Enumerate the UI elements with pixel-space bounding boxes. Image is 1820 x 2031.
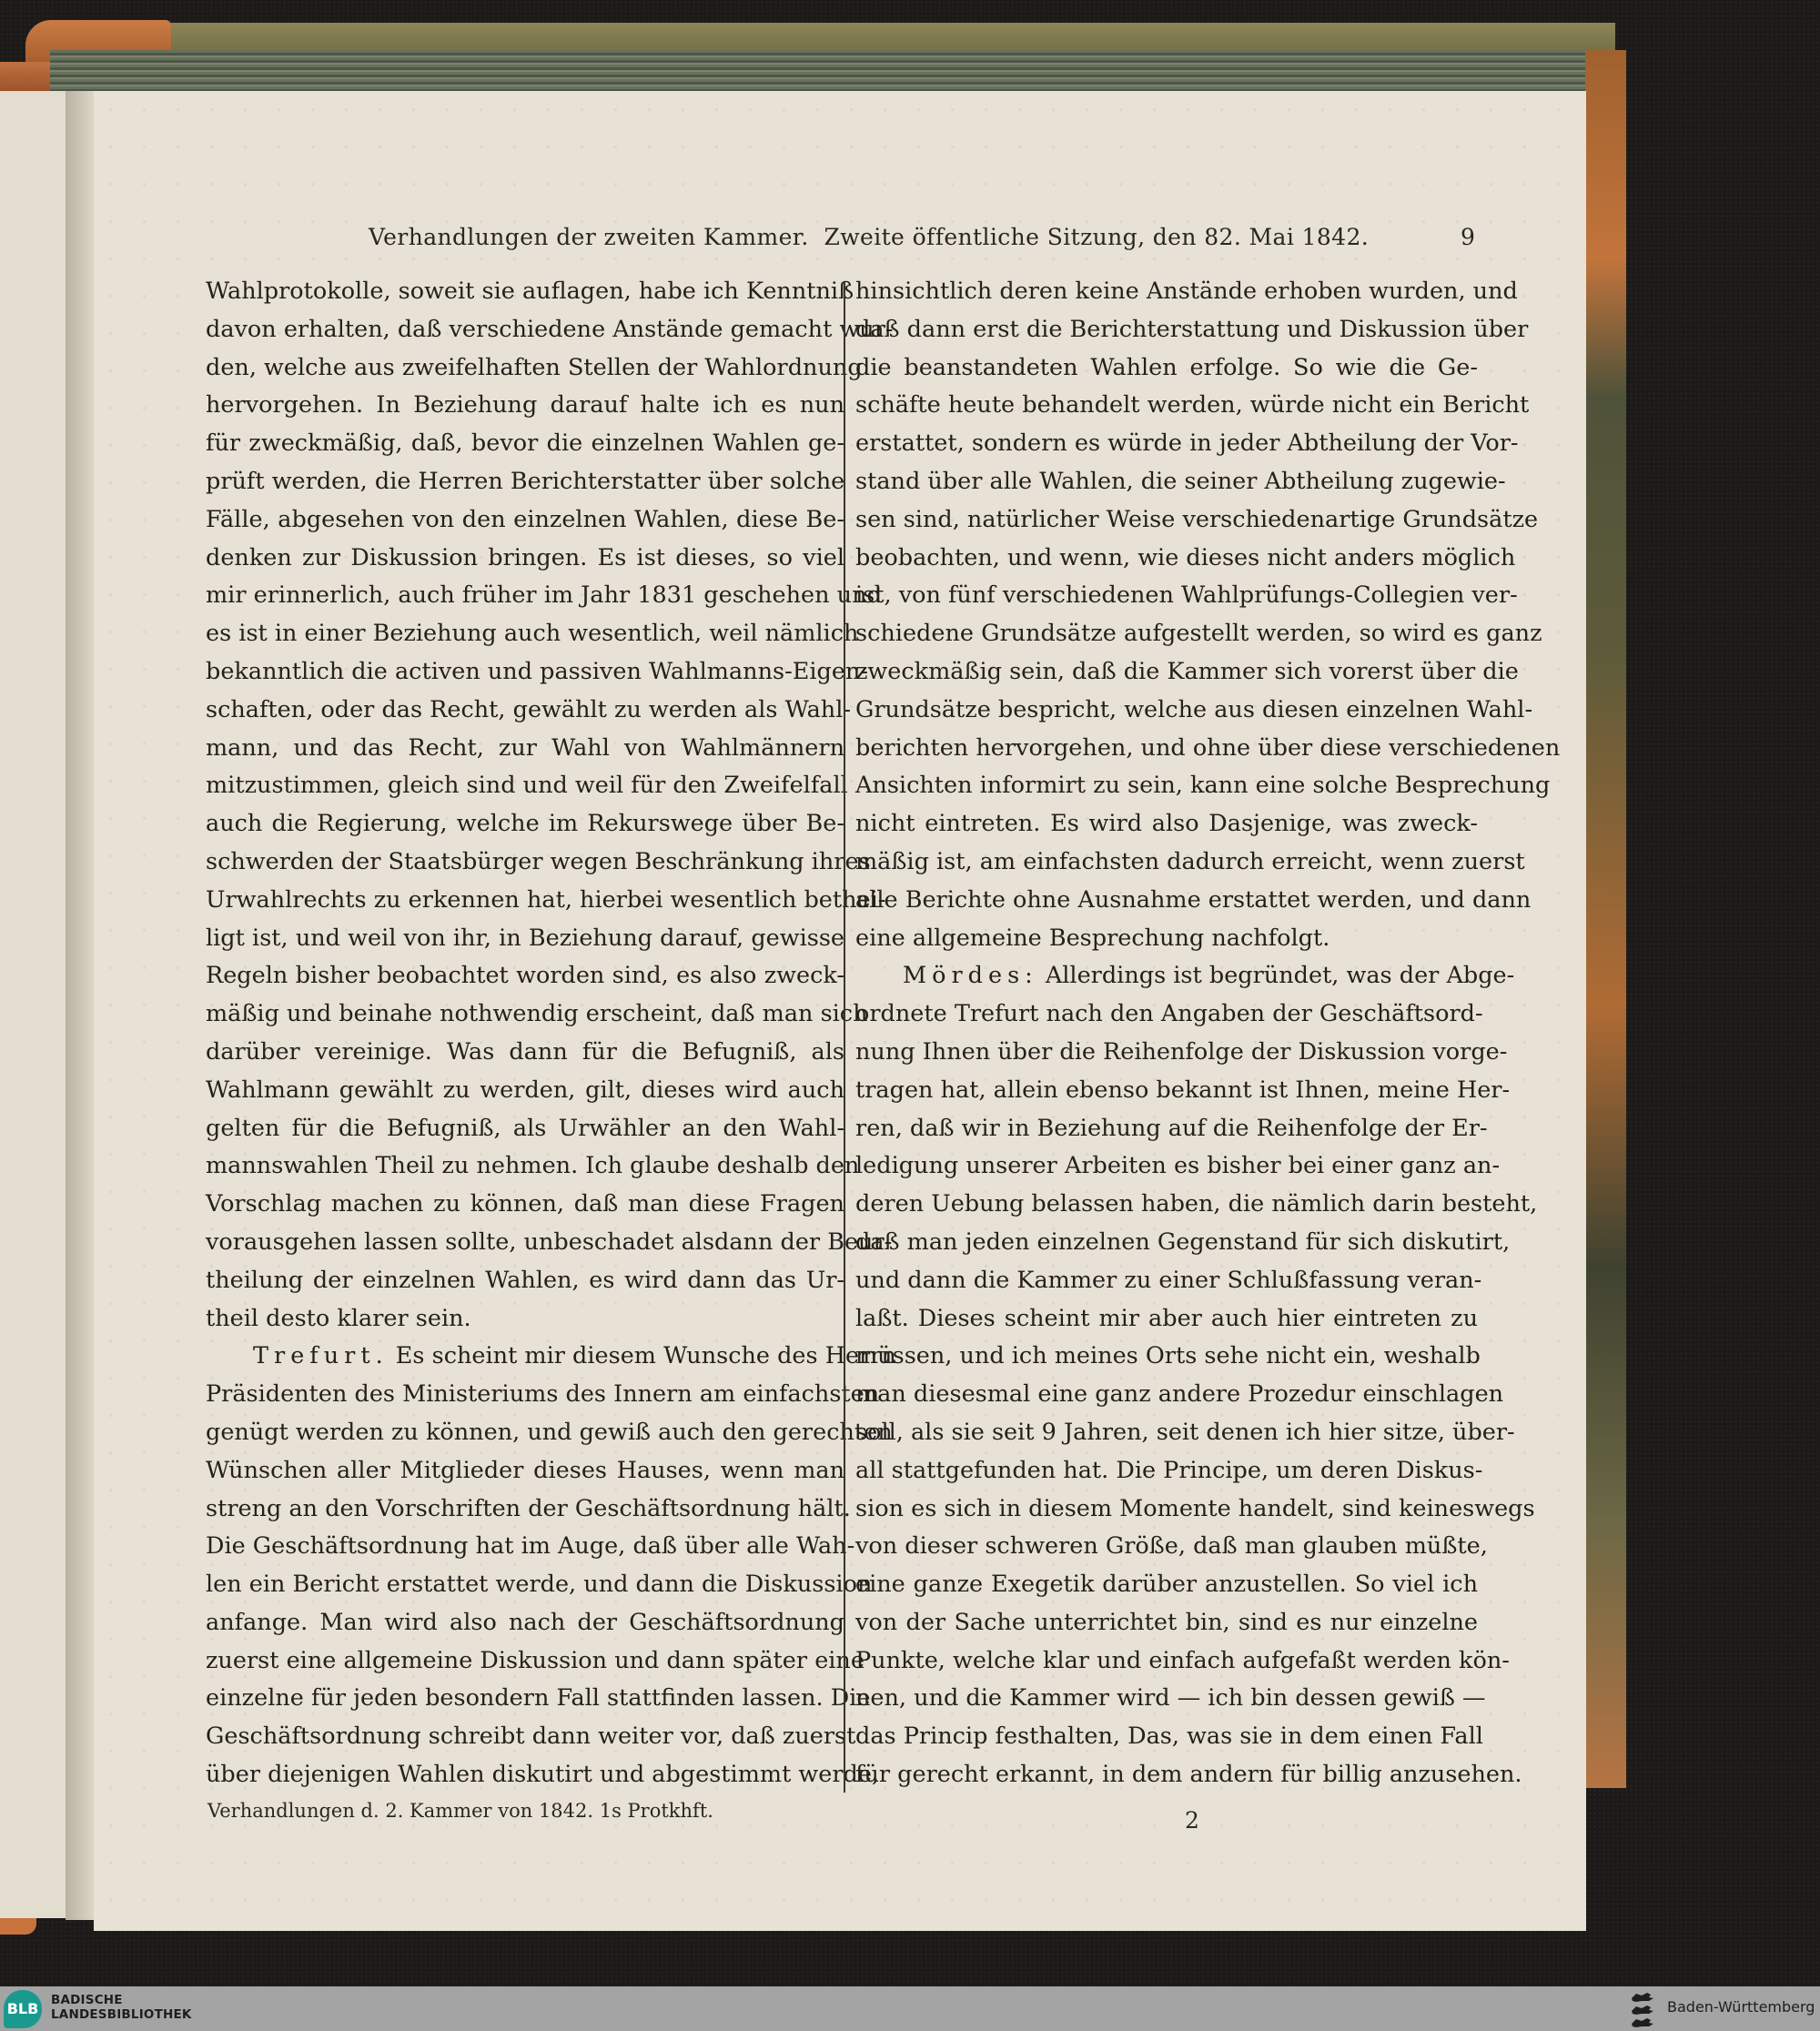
text-line: Präsidenten des Ministeriums des Innern … bbox=[206, 1376, 844, 1414]
text-line: ordnete Trefurt nach den Angaben der Ges… bbox=[855, 995, 1478, 1034]
text-line: schäfte heute behandelt werden, würde ni… bbox=[855, 387, 1478, 425]
text-line: prüft werden, die Herren Berichterstatte… bbox=[206, 463, 844, 501]
speaker-name: Mördes: bbox=[903, 962, 1038, 989]
text-line: für zweckmäßig, daß, bevor die einzelnen… bbox=[206, 425, 844, 463]
left-column: Wahlprotokolle, soweit sie auflagen, hab… bbox=[206, 273, 844, 1794]
text-line: len ein Bericht erstattet werde, und dan… bbox=[206, 1566, 844, 1604]
text-line: mann, und das Recht, zur Wahl von Wahlmä… bbox=[206, 730, 844, 768]
speaker-name: Trefurt. bbox=[253, 1342, 389, 1369]
text-line: beobachten, und wenn, wie dieses nicht a… bbox=[855, 540, 1478, 578]
text-line: schiedene Grundsätze aufgestellt werden,… bbox=[855, 615, 1478, 653]
blb-logo-line1: BADISCHE bbox=[51, 1993, 192, 2007]
text-line: Wahlmann gewählt zu werden, gilt, dieses… bbox=[206, 1072, 844, 1110]
text-line: Punkte, welche klar und einfach aufgefaß… bbox=[855, 1642, 1478, 1681]
text-line: Urwahlrechts zu erkennen hat, hierbei we… bbox=[206, 882, 844, 920]
text-line: alle Berichte ohne Ausnahme erstattet we… bbox=[855, 882, 1478, 920]
text-line: Die Geschäftsordnung hat im Auge, daß üb… bbox=[206, 1528, 844, 1566]
text-line: ledigung unserer Arbeiten es bisher bei … bbox=[855, 1147, 1478, 1186]
running-header: Verhandlungen der zweiten Kammer. Zweite… bbox=[369, 224, 1506, 260]
text-line: eine allgemeine Besprechung nachfolgt. bbox=[855, 920, 1478, 958]
text-line: stand über alle Wahlen, die seiner Abthe… bbox=[855, 463, 1478, 501]
text-line-content: Allerdings ist begründet, was der Abge- bbox=[1038, 962, 1514, 989]
text-line: nicht eintreten. Es wird also Dasjenige,… bbox=[855, 805, 1478, 844]
text-line: ren, daß wir in Beziehung auf die Reihen… bbox=[855, 1110, 1478, 1148]
text-line: und dann die Kammer zu einer Schlußfassu… bbox=[855, 1262, 1478, 1300]
text-line: genügt werden zu können, und gewiß auch … bbox=[206, 1414, 844, 1452]
baden-wuerttemberg-logo-text[interactable]: Baden-Württemberg bbox=[1667, 1998, 1815, 2016]
blb-logo-badge[interactable]: BLB bbox=[4, 1990, 42, 2028]
text-line: man diesesmal eine ganz andere Prozedur … bbox=[855, 1376, 1478, 1414]
text-line: laßt. Dieses scheint mir aber auch hier … bbox=[855, 1300, 1478, 1339]
text-line: einzelne für jeden besondern Fall stattf… bbox=[206, 1680, 844, 1718]
blb-logo-text[interactable]: BADISCHE LANDESBIBLIOTHEK bbox=[51, 1993, 192, 2022]
text-line: Fälle, abgesehen von den einzelnen Wahle… bbox=[206, 501, 844, 540]
gutter-shadow bbox=[66, 91, 95, 1920]
text-line: zweckmäßig sein, daß die Kammer sich vor… bbox=[855, 653, 1478, 692]
text-line: mir erinnerlich, auch früher im Jahr 183… bbox=[206, 577, 844, 615]
text-line: Wahlprotokolle, soweit sie auflagen, hab… bbox=[206, 273, 844, 311]
text-line: auch die Regierung, welche im Rekurswege… bbox=[206, 805, 844, 844]
left-page-sliver bbox=[0, 91, 67, 1918]
text-line: daß dann erst die Berichterstattung und … bbox=[855, 311, 1478, 349]
text-line: mannswahlen Theil zu nehmen. Ich glaube … bbox=[206, 1147, 844, 1186]
text-line: schwerden der Staatsbürger wegen Beschrä… bbox=[206, 844, 844, 882]
blb-logo-line2: LANDESBIBLIOTHEK bbox=[51, 2007, 192, 2022]
text-line: davon erhalten, daß verschiedene Anständ… bbox=[206, 311, 844, 349]
text-line: müssen, und ich meines Orts sehe nicht e… bbox=[855, 1338, 1478, 1376]
text-line: die beanstandeten Wahlen erfolge. So wie… bbox=[855, 349, 1478, 388]
book-cover-left-corner bbox=[0, 62, 55, 93]
text-line: mitzustimmen, gleich sind und weil für d… bbox=[206, 767, 844, 805]
text-line-content: Es scheint mir diesem Wunsche des Herrn bbox=[389, 1342, 896, 1369]
text-line: Mördes: Allerdings ist begründet, was de… bbox=[855, 957, 1478, 995]
book-cover-right-edge bbox=[1585, 50, 1626, 1788]
text-line: sen sind, natürlicher Weise verschiedena… bbox=[855, 501, 1478, 540]
three-lions-icon bbox=[1629, 1990, 1656, 2028]
text-line: Ansichten informirt zu sein, kann eine s… bbox=[855, 767, 1478, 805]
text-line: erstattet, sondern es würde in jeder Abt… bbox=[855, 425, 1478, 463]
text-line: von der Sache unterrichtet bin, sind es … bbox=[855, 1604, 1478, 1642]
text-line: von dieser schweren Größe, daß man glaub… bbox=[855, 1528, 1478, 1566]
text-line: Trefurt. Es scheint mir diesem Wunsche d… bbox=[206, 1338, 844, 1376]
text-line: daß man jeden einzelnen Gegenstand für s… bbox=[855, 1224, 1478, 1262]
text-line: all stattgefunden hat. Die Principe, um … bbox=[855, 1452, 1478, 1490]
footer-bar: BLB BADISCHE LANDESBIBLIOTHEK Baden-Würt… bbox=[0, 1986, 1820, 2031]
text-line: mäßig und beinahe nothwendig erscheint, … bbox=[206, 995, 844, 1034]
text-line: den, welche aus zweifelhaften Stellen de… bbox=[206, 349, 844, 388]
text-line: gelten für die Befugniß, als Urwähler an… bbox=[206, 1110, 844, 1148]
right-column: hinsichtlich deren keine Anstände erhobe… bbox=[855, 273, 1478, 1794]
column-divider bbox=[844, 282, 845, 1793]
text-line: soll, als sie seit 9 Jahren, seit denen … bbox=[855, 1414, 1478, 1452]
text-line: bekanntlich die activen und passiven Wah… bbox=[206, 653, 844, 692]
text-line: zuerst eine allgemeine Diskussion und da… bbox=[206, 1642, 844, 1681]
text-line: denken zur Diskussion bringen. Es ist di… bbox=[206, 540, 844, 578]
text-line: ligt ist, und weil von ihr, in Beziehung… bbox=[206, 920, 844, 958]
text-line: tragen hat, allein ebenso bekannt ist Ih… bbox=[855, 1072, 1478, 1110]
footnote: Verhandlungen d. 2. Kammer von 1842. 1s … bbox=[207, 1800, 713, 1822]
text-line: streng an den Vorschriften der Geschäfts… bbox=[206, 1490, 844, 1529]
text-line: eine ganze Exegetik darüber anzustellen.… bbox=[855, 1566, 1478, 1604]
text-line: Geschäftsordnung schreibt dann weiter vo… bbox=[206, 1718, 844, 1756]
text-line: schaften, oder das Recht, gewählt zu wer… bbox=[206, 692, 844, 730]
text-line: mäßig ist, am einfachsten dadurch erreic… bbox=[855, 844, 1478, 882]
text-line: Grundsätze bespricht, welche aus diesen … bbox=[855, 692, 1478, 730]
text-line: sion es sich in diesem Momente handelt, … bbox=[855, 1490, 1478, 1529]
text-line: darüber vereinige. Was dann für die Befu… bbox=[206, 1034, 844, 1072]
page-number: 9 bbox=[1461, 224, 1475, 250]
text-line: nen, und die Kammer wird — ich bin desse… bbox=[855, 1680, 1478, 1718]
text-line: ist, von fünf verschiedenen Wahlprüfungs… bbox=[855, 577, 1478, 615]
signature-mark: 2 bbox=[1185, 1807, 1199, 1834]
text-line: deren Uebung belassen haben, die nämlich… bbox=[855, 1186, 1478, 1224]
text-line: über diejenigen Wahlen diskutirt und abg… bbox=[206, 1756, 844, 1794]
text-line: berichten hervorgehen, und ohne über die… bbox=[855, 730, 1478, 768]
running-title: Verhandlungen der zweiten Kammer. Zweite… bbox=[369, 224, 1369, 250]
text-line: Regeln bisher beobachtet worden sind, es… bbox=[206, 957, 844, 995]
text-line: anfange. Man wird also nach der Geschäft… bbox=[206, 1604, 844, 1642]
text-line: hervorgehen. In Beziehung darauf halte i… bbox=[206, 387, 844, 425]
text-line: Wünschen aller Mitglieder dieses Hauses,… bbox=[206, 1452, 844, 1490]
page-block-edges bbox=[50, 50, 1588, 96]
text-line: hinsichtlich deren keine Anstände erhobe… bbox=[855, 273, 1478, 311]
text-line: vorausgehen lassen sollte, unbeschadet a… bbox=[206, 1224, 844, 1262]
text-line: für gerecht erkannt, in dem andern für b… bbox=[855, 1756, 1478, 1794]
text-line: das Princip festhalten, Das, was sie in … bbox=[855, 1718, 1478, 1756]
text-line: theilung der einzelnen Wahlen, es wird d… bbox=[206, 1262, 844, 1300]
text-line: es ist in einer Beziehung auch wesentlic… bbox=[206, 615, 844, 653]
text-line: nung Ihnen über die Reihenfolge der Disk… bbox=[855, 1034, 1478, 1072]
text-line: Vorschlag machen zu können, daß man dies… bbox=[206, 1186, 844, 1224]
text-line: theil desto klarer sein. bbox=[206, 1300, 844, 1339]
book-cover-bottom-corner bbox=[0, 1918, 36, 1935]
